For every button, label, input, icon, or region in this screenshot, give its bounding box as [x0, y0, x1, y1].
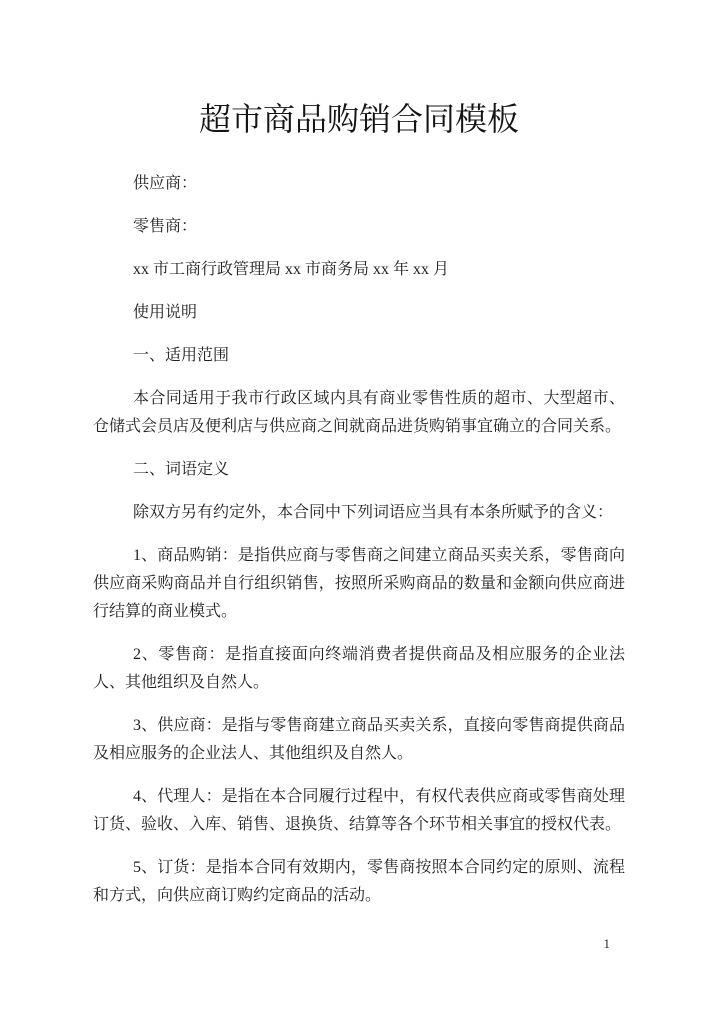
- paragraph-definitions-intro: 除双方另有约定外，本合同中下列词语应当具有本条所赋予的含义：: [93, 499, 625, 527]
- document-page: 超市商品购销合同模板 供应商： 零售商： xx 市工商行政管理局 xx 市商务局…: [0, 0, 720, 1017]
- paragraph-definition-1: 1、商品购销：是指供应商与零售商之间建立商品买卖关系，零售商向供应商采购商品并自…: [93, 542, 625, 626]
- heading-usage-notes: 使用说明: [93, 299, 625, 327]
- document-content: 超市商品购销合同模板 供应商： 零售商： xx 市工商行政管理局 xx 市商务局…: [0, 0, 720, 910]
- page-number: 1: [604, 937, 611, 951]
- paragraph-definition-2: 2、零售商：是指直接面向终端消费者提供商品及相应服务的企业法人、其他组织及自然人…: [93, 641, 625, 697]
- page-title: 超市商品购销合同模板: [93, 100, 625, 138]
- paragraph-retailer: 零售商：: [93, 213, 625, 241]
- heading-definitions: 二、词语定义: [93, 456, 625, 484]
- heading-scope: 一、适用范围: [93, 342, 625, 370]
- paragraph-supplier: 供应商：: [93, 170, 625, 198]
- paragraph-definition-5: 5、订货：是指本合同有效期内，零售商按照本合同约定的原则、流程和方式，向供应商订…: [93, 854, 625, 910]
- paragraph-scope-body: 本合同适用于我市行政区域内具有商业零售性质的超市、大型超市、仓储式会员店及便利店…: [93, 385, 625, 441]
- paragraph-agency-date: xx 市工商行政管理局 xx 市商务局 xx 年 xx 月: [93, 256, 625, 284]
- paragraph-definition-3: 3、供应商：是指与零售商建立商品买卖关系，直接向零售商提供商品及相应服务的企业法…: [93, 712, 625, 768]
- paragraph-definition-4: 4、代理人：是指在本合同履行过程中，有权代表供应商或零售商处理订货、验收、入库、…: [93, 783, 625, 839]
